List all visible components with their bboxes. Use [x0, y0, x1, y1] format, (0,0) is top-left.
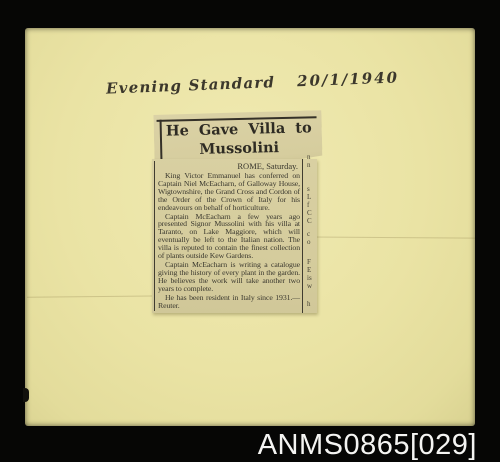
article-dateline: ROME, Saturday.	[158, 162, 300, 171]
fragment-letter: c	[305, 230, 317, 238]
photo-background: Evening Standard20/1/1940 He Gave Villa …	[0, 0, 500, 462]
printed-column-rule-right	[302, 159, 303, 313]
fragment-letter: h	[305, 300, 317, 308]
fragment-letter: s	[305, 185, 317, 193]
paper-edge-notch	[23, 388, 29, 402]
fragment-letter: L	[305, 193, 317, 201]
fragment-letter: n	[305, 153, 317, 161]
fragment-letter: n	[305, 161, 317, 169]
clipping-body-piece: ROME, Saturday. King Victor Emmanuel has…	[152, 159, 317, 313]
article-paragraph: He has been resident in Italy since 1931…	[158, 294, 300, 310]
fragment-letter: w	[305, 282, 317, 290]
fragment-letter: f	[305, 201, 317, 209]
catalog-number-label: ANMS0865[029]	[258, 429, 477, 462]
article-paragraph: Captain McEacharn a few years ago presen…	[158, 213, 300, 260]
fragment-letter: F	[305, 258, 317, 266]
fragment-letter: C	[305, 209, 317, 217]
article-text: ROME, Saturday. King Victor Emmanuel has…	[158, 162, 300, 309]
paper-crease	[295, 236, 475, 238]
headline-line2: Mussolini	[164, 137, 314, 159]
headline-line1: He Gave Villa to	[164, 118, 314, 140]
fragment-letter: is	[305, 274, 317, 282]
printed-column-rule-left	[154, 161, 155, 311]
printed-rule-left	[160, 120, 163, 164]
headline: He Gave Villa to Mussolini	[164, 118, 315, 159]
fragment-letter: E	[305, 266, 317, 274]
fragment-letter: o	[305, 238, 317, 246]
article-paragraph: Captain McEacharn is writing a catalogue…	[158, 261, 300, 293]
adjacent-column-fragments: n n s L f C C c o F E is w h	[305, 159, 317, 313]
fragment-letter: C	[305, 217, 317, 225]
article-paragraph: King Victor Emmanuel has conferred on Ca…	[158, 172, 300, 212]
